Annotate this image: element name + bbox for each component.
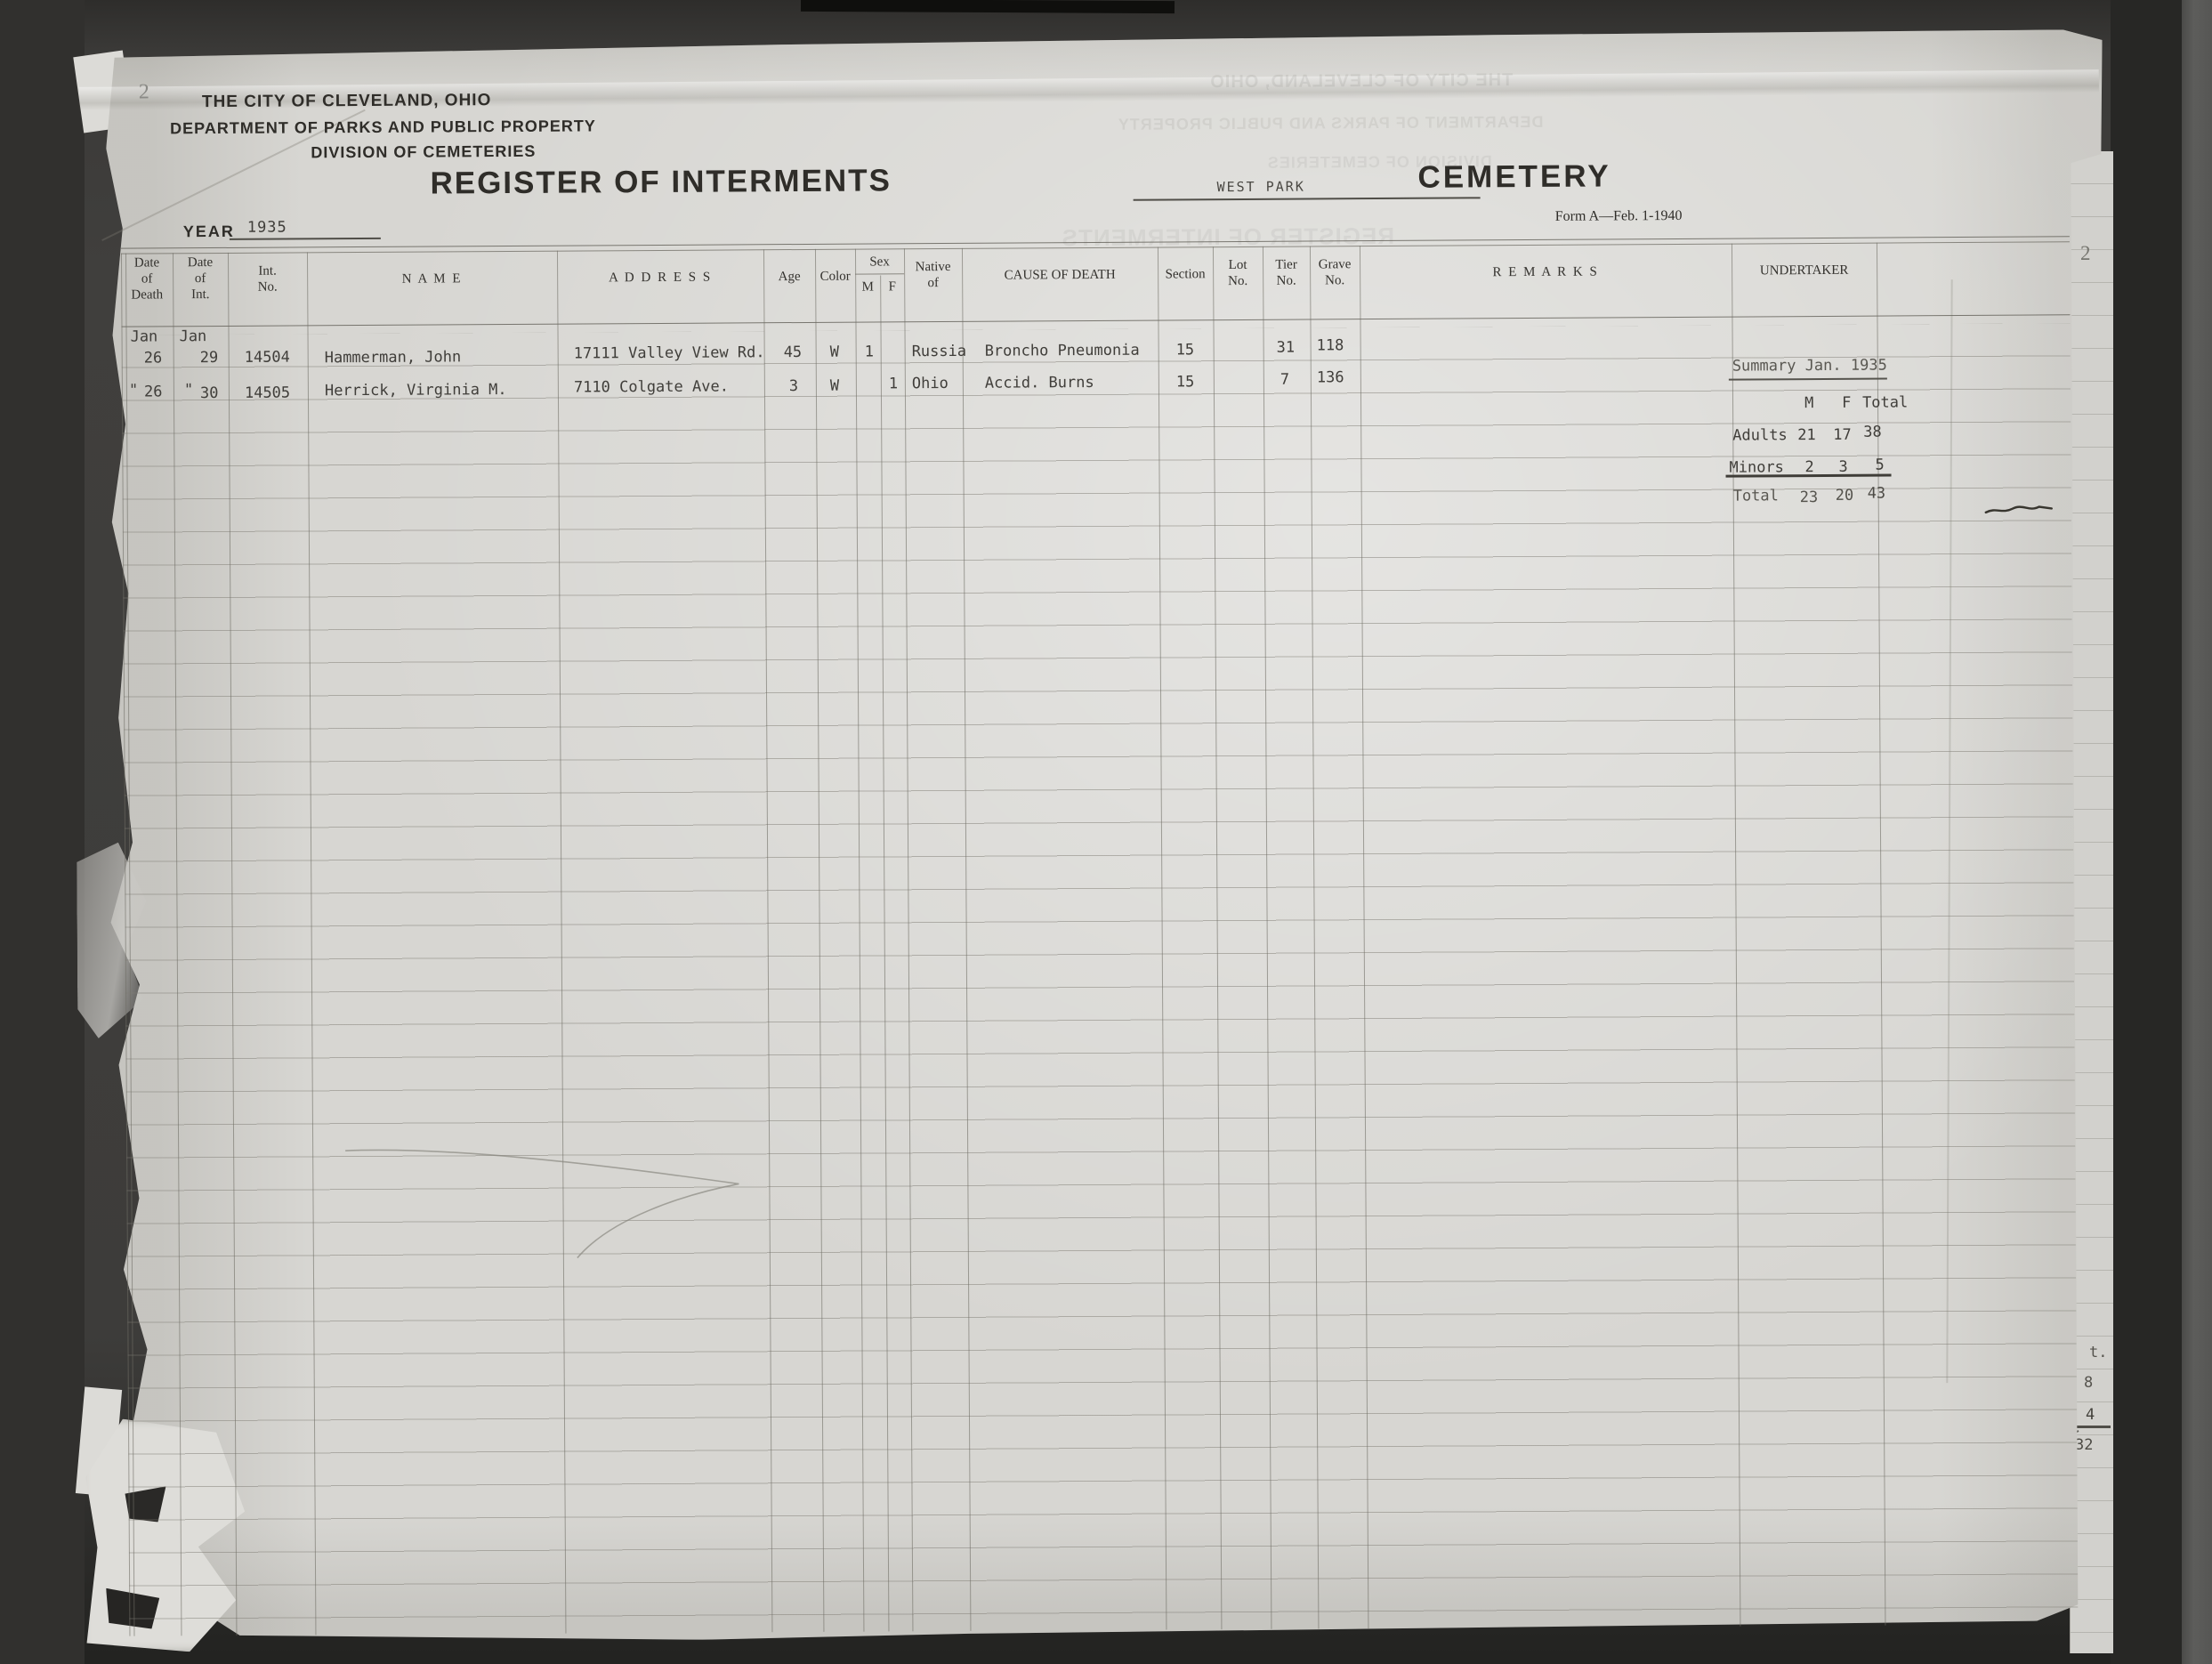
summary-col-total: Total xyxy=(1862,393,1908,411)
cell-death-month: " xyxy=(129,382,138,400)
col-header-cause-of-death: CAUSE OF DEATH xyxy=(962,267,1158,284)
org-line-3: DIVISION OF CEMETERIES xyxy=(311,142,536,163)
summary-total-m: 23 xyxy=(1800,489,1819,506)
summary-col-m: M xyxy=(1804,394,1813,412)
cell-name: Herrick, Virginia M. xyxy=(325,381,507,400)
col-header-undertaker: UNDERTAKER xyxy=(1732,263,1877,279)
cell-grave-no: 136 xyxy=(1317,368,1344,386)
cell-death-day: 26 xyxy=(144,383,163,400)
summary-adults-label: Adults xyxy=(1732,426,1788,444)
cell-death-day: 26 xyxy=(144,349,163,367)
col-header-age: Age xyxy=(763,269,815,285)
col-header-tier-no: TierNo. xyxy=(1263,257,1310,289)
book-edge-strip xyxy=(2182,0,2212,1664)
col-header-section: Section xyxy=(1158,266,1213,282)
cell-age: 3 xyxy=(789,377,798,395)
col-header-native-of: Nativeof xyxy=(904,259,962,291)
col-header-remarks: R E M A R K S xyxy=(1360,263,1732,282)
cell-int-month: " xyxy=(184,381,193,399)
scanner-background-right xyxy=(2111,0,2184,1664)
page-number: 2 xyxy=(139,80,149,104)
cell-sex-m: 1 xyxy=(865,343,874,360)
cell-int-month: Jan xyxy=(179,327,206,345)
cemetery-name: WEST PARK xyxy=(1216,179,1304,196)
summary-adults-f: 17 xyxy=(1833,426,1852,444)
ruled-lines xyxy=(122,323,2079,1636)
register-title: REGISTER OF INTERMENTS xyxy=(430,163,892,201)
scanned-register-page: 2 t. 8 4 32 THE CITY OF CLEVELAND, OHIO … xyxy=(0,0,2212,1664)
cell-tier-no: 31 xyxy=(1277,339,1296,357)
cell-tier-no: 7 xyxy=(1280,371,1289,389)
cell-int-no: 14505 xyxy=(245,384,290,402)
hairline-crease xyxy=(343,1132,771,1277)
col-header-name: N A M E xyxy=(307,271,557,288)
register-sheet: THE CITY OF CLEVELAND, OHIO DEPARTMENT O… xyxy=(70,29,2118,1657)
summary-total-f: 20 xyxy=(1836,487,1854,505)
cell-cause-of-death: Broncho Pneumonia xyxy=(985,342,1140,360)
cell-int-day: 29 xyxy=(200,349,219,367)
cell-native-of: Russia xyxy=(912,343,967,360)
cell-sex-f: 1 xyxy=(889,375,898,392)
col-header-color: Color xyxy=(815,269,855,285)
col-header-lot-no: LotNo. xyxy=(1213,257,1263,289)
cell-native-of: Ohio xyxy=(912,375,949,392)
pen-scribble xyxy=(1984,499,2055,521)
cell-name: Hammerman, John xyxy=(325,348,462,367)
summary-title: Summary Jan. 1935 xyxy=(1732,357,1887,376)
col-header-address: A D D R E S S xyxy=(557,269,763,286)
cell-section: 15 xyxy=(1176,341,1195,359)
col-header-date-of-int: DateofInt. xyxy=(173,254,228,303)
cell-section: 15 xyxy=(1176,373,1195,391)
year-value: 1935 xyxy=(247,219,287,237)
bleed-through-text: THE CITY OF CLEVELAND, OHIO xyxy=(1209,70,1513,93)
col-header-grave-no: GraveNo. xyxy=(1310,256,1360,288)
col-header-sex-m: M xyxy=(855,279,880,295)
cell-color: W xyxy=(830,377,839,395)
cell-color: W xyxy=(830,343,839,361)
cell-address: 7110 Colgate Ave. xyxy=(574,377,729,396)
summary-adults-m: 21 xyxy=(1797,426,1816,444)
summary-col-f: F xyxy=(1842,394,1851,412)
cell-address: 17111 Valley View Rd. xyxy=(574,343,765,362)
summary-total-label: Total xyxy=(1733,487,1779,505)
col-header-int-no: Int.No. xyxy=(228,263,307,295)
summary-minors-total: 5 xyxy=(1875,456,1884,474)
summary-adults-total: 38 xyxy=(1863,424,1882,441)
cell-grave-no: 118 xyxy=(1317,336,1344,354)
cell-int-no: 14504 xyxy=(245,349,290,367)
org-line-1: THE CITY OF CLEVELAND, OHIO xyxy=(202,91,492,112)
year-label: YEAR xyxy=(183,222,235,241)
cell-death-month: Jan xyxy=(130,327,157,345)
bleed-through-text: DEPARTMENT OF PARKS AND PUBLIC PROPERTY xyxy=(1118,113,1544,134)
cell-age: 45 xyxy=(784,343,803,361)
scanner-background-blob xyxy=(801,0,1175,13)
cell-int-day: 30 xyxy=(200,384,219,402)
col-header-date-of-death: DateofDeath xyxy=(121,254,173,303)
col-header-sex-f: F xyxy=(880,279,904,295)
form-note: Form A—Feb. 1-1940 xyxy=(1555,208,1683,225)
col-header-sex: Sex xyxy=(855,254,904,270)
cell-cause-of-death: Accid. Burns xyxy=(985,374,1094,392)
summary-total-total: 43 xyxy=(1868,485,1886,503)
org-line-2: DEPARTMENT OF PARKS AND PUBLIC PROPERTY xyxy=(170,117,596,138)
cemetery-word: CEMETERY xyxy=(1417,158,1611,195)
